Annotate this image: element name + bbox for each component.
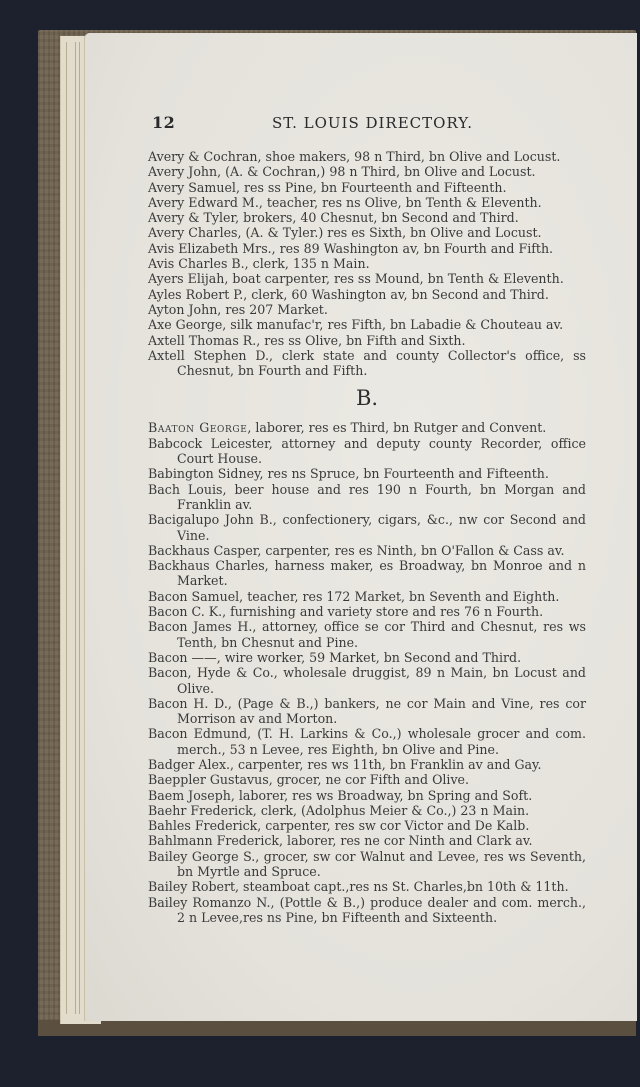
directory-entry: Bacon Edmund, (T. H. Larkins & Co.,) who… bbox=[148, 726, 586, 757]
page-edge-line bbox=[66, 42, 67, 1014]
page-number: 12 bbox=[152, 113, 175, 132]
directory-entry: Avery John, (A. & Cochran,) 98 n Third, … bbox=[148, 164, 586, 179]
directory-entry: Bacon ——, wire worker, 59 Market, bn Sec… bbox=[148, 650, 586, 665]
directory-entry: Babcock Leicester, attorney and deputy c… bbox=[148, 436, 586, 467]
directory-entry: Baem Joseph, laborer, res ws Broadway, b… bbox=[148, 788, 586, 803]
directory-entry: Babington Sidney, res ns Spruce, bn Four… bbox=[148, 466, 586, 481]
directory-entry: Baehr Frederick, clerk, (Adolphus Meier … bbox=[148, 803, 586, 818]
directory-entry: Avery Edward M., teacher, res ns Olive, … bbox=[148, 195, 586, 210]
directory-entry: Avery & Cochran, shoe makers, 98 n Third… bbox=[148, 149, 586, 164]
entries-section-a: Avery & Cochran, shoe makers, 98 n Third… bbox=[148, 149, 586, 378]
cover-edge bbox=[38, 1020, 636, 1036]
directory-entry: Baeppler Gustavus, grocer, ne cor Fifth … bbox=[148, 772, 586, 787]
directory-entry: Ayers Elijah, boat carpenter, res ss Mou… bbox=[148, 271, 586, 286]
running-title: ST. LOUIS DIRECTORY. bbox=[272, 114, 473, 132]
directory-entry: Bacon H. D., (Page & B.,) bankers, ne co… bbox=[148, 696, 586, 727]
directory-entry: Bailey Romanzo N., (Pottle & B.,) produc… bbox=[148, 895, 586, 926]
directory-entry: Ayton John, res 207 Market. bbox=[148, 302, 586, 317]
directory-entry: Avis Charles B., clerk, 135 n Main. bbox=[148, 256, 586, 271]
directory-entry: Avery & Tyler, brokers, 40 Chesnut, bn S… bbox=[148, 210, 586, 225]
page-header: 12 ST. LOUIS DIRECTORY. bbox=[152, 113, 592, 135]
directory-entry: Ayles Robert P., clerk, 60 Washington av… bbox=[148, 287, 586, 302]
entries-section-b: Babcock Leicester, attorney and deputy c… bbox=[148, 436, 586, 926]
entry-name: Baaton George bbox=[148, 420, 247, 435]
directory-entry: Badger Alex., carpenter, res ws 11th, bn… bbox=[148, 757, 586, 772]
directory-entry: Avery Charles, (A. & Tyler.) res es Sixt… bbox=[148, 225, 586, 240]
directory-entry: Bacon James H., attorney, office se cor … bbox=[148, 619, 586, 650]
directory-entry: Bacon Samuel, teacher, res 172 Market, b… bbox=[148, 589, 586, 604]
directory-entry: Bacon C. K., furnishing and variety stor… bbox=[148, 604, 586, 619]
directory-entry: Axtell Thomas R., res ss Olive, bn Fifth… bbox=[148, 333, 586, 348]
directory-entry: Bacigalupo John B., confectionery, cigar… bbox=[148, 512, 586, 543]
directory-entry: Bailey Robert, steamboat capt.,res ns St… bbox=[148, 879, 586, 894]
directory-entry: Axtell Stephen D., clerk state and count… bbox=[148, 348, 586, 379]
section-letter-b: B. bbox=[148, 386, 586, 410]
directory-entry: Bahlmann Frederick, laborer, res ne cor … bbox=[148, 833, 586, 848]
page-edge-line bbox=[79, 42, 80, 1014]
directory-entry: Backhaus Charles, harness maker, es Broa… bbox=[148, 558, 586, 589]
directory-entries: Avery & Cochran, shoe makers, 98 n Third… bbox=[148, 149, 586, 925]
directory-entry: Bacon, Hyde & Co., wholesale druggist, 8… bbox=[148, 665, 586, 696]
directory-entry: Bahles Frederick, carpenter, res sw cor … bbox=[148, 818, 586, 833]
directory-entry: Bailey George S., grocer, sw cor Walnut … bbox=[148, 849, 586, 880]
page-edge-line bbox=[75, 42, 76, 1014]
directory-entry: Avis Elizabeth Mrs., res 89 Washington a… bbox=[148, 241, 586, 256]
directory-entry: Baaton George, laborer, res es Third, bn… bbox=[148, 420, 586, 435]
directory-entry: Axe George, silk manufac'r, res Fifth, b… bbox=[148, 317, 586, 332]
directory-entry: Backhaus Casper, carpenter, res es Ninth… bbox=[148, 543, 586, 558]
directory-entry: Bach Louis, beer house and res 190 n Fou… bbox=[148, 482, 586, 513]
entry-details: , laborer, res es Third, bn Rutger and C… bbox=[247, 420, 546, 435]
directory-entry: Avery Samuel, res ss Pine, bn Fourteenth… bbox=[148, 180, 586, 195]
